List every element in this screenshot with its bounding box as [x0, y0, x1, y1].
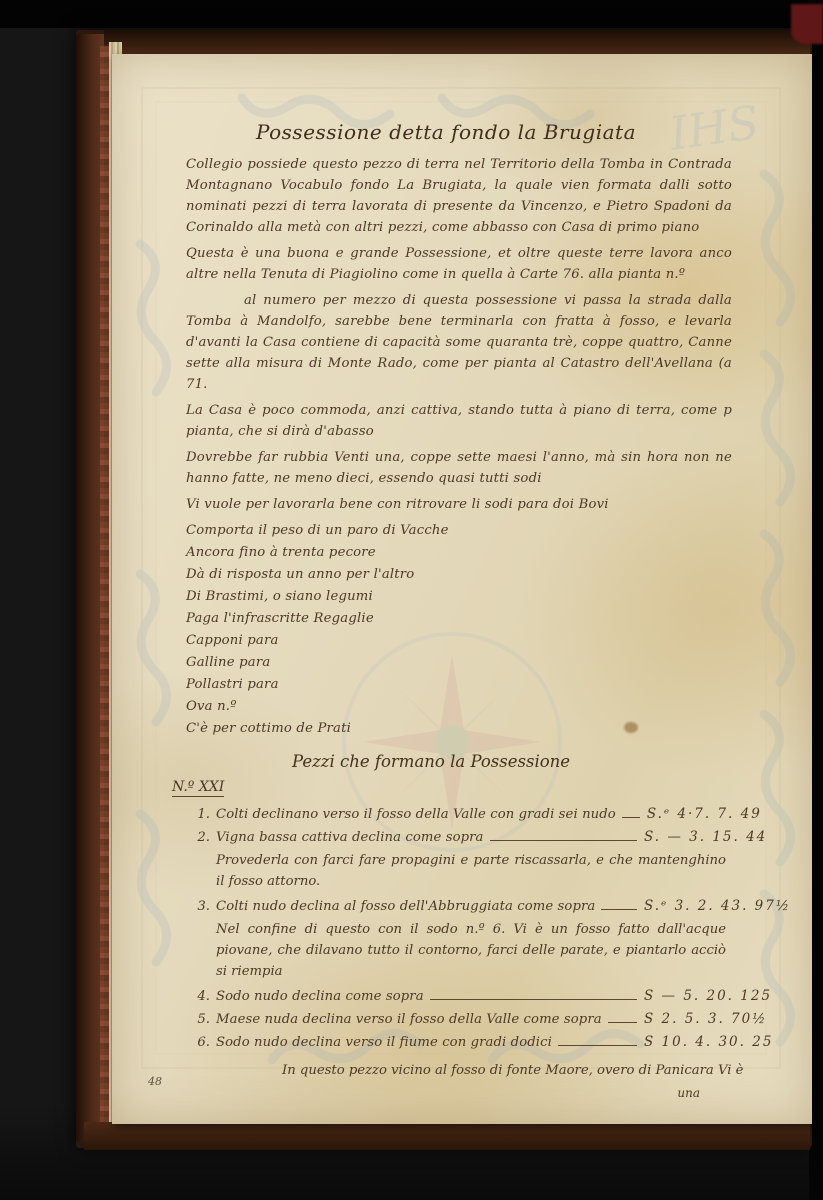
catchword: una: [186, 1086, 700, 1100]
row-note: Nel confine di questo con il sodo n.º 6.…: [216, 919, 726, 982]
line-ova: Ova n.º: [186, 696, 796, 718]
row-number: 6.: [186, 1032, 216, 1054]
row-description: Colti declinano verso il fosso della Val…: [216, 804, 616, 826]
ledger-row: 5. Maese nuda declina verso il fosso del…: [186, 1008, 796, 1031]
paragraph-la-casa: La Casa è poco commoda, anzi cattiva, st…: [186, 400, 732, 442]
paragraph-al-numero: al numero per mezzo di questa possession…: [186, 290, 732, 395]
row-values: S 2. 5. 3. 70½: [644, 1008, 796, 1030]
row-number: 3.: [186, 896, 216, 918]
page-content: Possessione detta fondo la Brugiata Coll…: [112, 54, 812, 1124]
book-cover-bottom-edge: [84, 1122, 810, 1150]
leader-line: [430, 999, 637, 1000]
row-number: 5.: [186, 1009, 216, 1031]
book: IHS Possessione detta fondo la Brugiata …: [76, 30, 812, 1148]
leader-line: [558, 1045, 637, 1046]
line-comporta: Comporta il peso di un paro di Vacche: [186, 520, 796, 542]
row-number: 4.: [186, 986, 216, 1008]
line-capponi: Capponi para: [186, 630, 796, 652]
section-number-label: N.º XXI: [172, 779, 224, 797]
row-description: Maese nuda declina verso il fosso della …: [216, 1009, 602, 1031]
row-note: Provederla con farci fare propagini e pa…: [216, 850, 726, 892]
red-leather-patch: [791, 4, 823, 44]
leader-line: [608, 1022, 637, 1023]
photo-background: IHS Possessione detta fondo la Brugiata …: [0, 0, 823, 1200]
line-regaglie: Paga l'infrascritte Regaglie: [186, 608, 796, 630]
section-number: N.º XXI: [172, 779, 796, 795]
row-values: S.ᵉ 4·7. 7. 49: [647, 803, 799, 825]
row-values: S. — 3. 15. 44: [644, 826, 796, 848]
manuscript-page: IHS Possessione detta fondo la Brugiata …: [112, 54, 812, 1124]
line-risposta: Dà di risposta un anno per l'altro: [186, 564, 796, 586]
line-galline: Galline para: [186, 652, 796, 674]
leader-line: [490, 840, 637, 841]
paragraph-dovrebbe: Dovrebbe far rubbia Venti una, coppe set…: [186, 447, 732, 489]
ledger-row: 4. Sodo nudo declina come sopra S — 5. 2…: [186, 985, 796, 1008]
line-ancora: Ancora fino à trenta pecore: [186, 542, 796, 564]
paragraph-vi-vuole: Vi vuole per lavorarla bene con ritrovar…: [186, 494, 732, 515]
line-cottimo: C'è per cottimo de Prati: [186, 718, 796, 740]
folio-mark: 48: [148, 1075, 162, 1088]
ledger-row: 3. Colti nudo declina al fosso dell'Abbr…: [186, 895, 796, 918]
book-cover-top-edge: [104, 30, 810, 56]
closing-line: In questo pezzo vicino al fosso di fonte…: [282, 1060, 796, 1082]
ledger-row: 6. Sodo nudo declina verso il fiume con …: [186, 1031, 796, 1054]
row-description: Sodo nudo declina verso il fiume con gra…: [216, 1032, 552, 1054]
ledger-row: 1. Colti declinano verso il fosso della …: [186, 803, 796, 826]
line-brastimi: Di Brastimi, o siano legumi: [186, 586, 796, 608]
row-description: Sodo nudo declina come sopra: [216, 986, 424, 1008]
row-description: Colti nudo declina al fosso dell'Abbrugg…: [216, 896, 595, 918]
row-number: 2.: [186, 827, 216, 849]
line-pollastri: Pollastri para: [186, 674, 796, 696]
row-number: 1.: [186, 804, 216, 826]
leader-line: [601, 909, 637, 910]
row-values: S — 5. 20. 125: [644, 985, 796, 1007]
paragraph-collegio: Collegio possiede questo pezzo di terra …: [186, 154, 732, 238]
paragraph-questa: Questa è una buona e grande Possessione,…: [186, 243, 732, 285]
section-heading: Pezzi che formano la Possessione: [186, 752, 676, 771]
ledger-row: 2. Vigna bassa cattiva declina come sopr…: [186, 826, 796, 849]
row-values: S 10. 4. 30. 25: [644, 1031, 796, 1053]
row-values: S.ᵉ 3. 2. 43. 97½: [644, 895, 796, 917]
leader-line: [622, 817, 640, 818]
manuscript-title: Possessione detta fondo la Brugiata: [186, 120, 706, 144]
row-description: Vigna bassa cattiva declina come sopra: [216, 827, 484, 849]
